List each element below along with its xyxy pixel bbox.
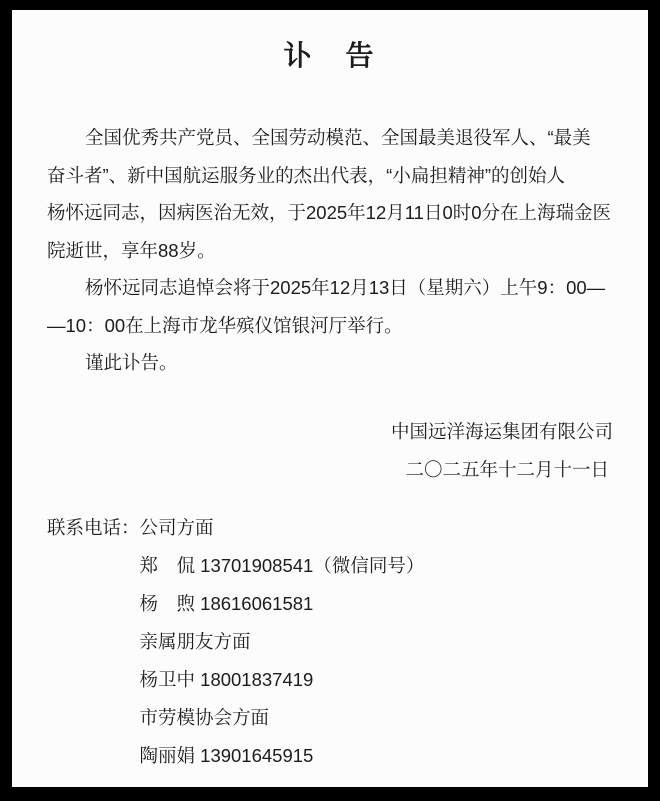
paragraph-memorial-service: 杨怀远同志追悼会将于2025年12月13日（星期六）上午9：00— —10：00… [47, 269, 613, 344]
contact-group-company: 公司方面 [140, 509, 613, 547]
contact-label: 联系电话： [47, 509, 140, 547]
contact-group-model-worker-association: 市劳模协会方面 [140, 699, 613, 737]
obituary-body: 全国优秀共产党员、全国劳动模范、全国最美退役军人、“最美 奋斗者”、新中国航运服… [47, 119, 613, 382]
photo-frame: 讣 告 全国优秀共产党员、全国劳动模范、全国最美退役军人、“最美 奋斗者”、新中… [0, 0, 660, 801]
signature-date: 二〇二五年十二月十一日 [47, 451, 613, 489]
contact-group-family-friends: 亲属朋友方面 [140, 623, 613, 661]
contact-section: 联系电话： 公司方面 郑 侃 13701908541（微信同号） 杨 煦 186… [47, 509, 613, 775]
paragraph-closing: 谨此讣告。 [47, 344, 613, 382]
contact-person-yang-xu: 杨 煦 18616061581 [140, 585, 613, 623]
contact-person-yang-weizhong: 杨卫中 18001837419 [140, 661, 613, 699]
contact-person-zheng-kan: 郑 侃 13701908541（微信同号） [140, 547, 613, 585]
contact-person-tao-lijuan: 陶丽娟 13901645915 [140, 737, 613, 775]
signature-company: 中国远洋海运集团有限公司 [47, 413, 613, 451]
signature-block: 中国远洋海运集团有限公司 二〇二五年十二月十一日 [47, 413, 613, 489]
obituary-title: 讣 告 [47, 36, 613, 76]
obituary-document: 讣 告 全国优秀共产党员、全国劳动模范、全国最美退役军人、“最美 奋斗者”、新中… [12, 10, 648, 787]
contact-lines: 公司方面 郑 侃 13701908541（微信同号） 杨 煦 186160615… [140, 509, 613, 775]
paragraph-biography: 全国优秀共产党员、全国劳动模范、全国最美退役军人、“最美 奋斗者”、新中国航运服… [47, 119, 613, 269]
